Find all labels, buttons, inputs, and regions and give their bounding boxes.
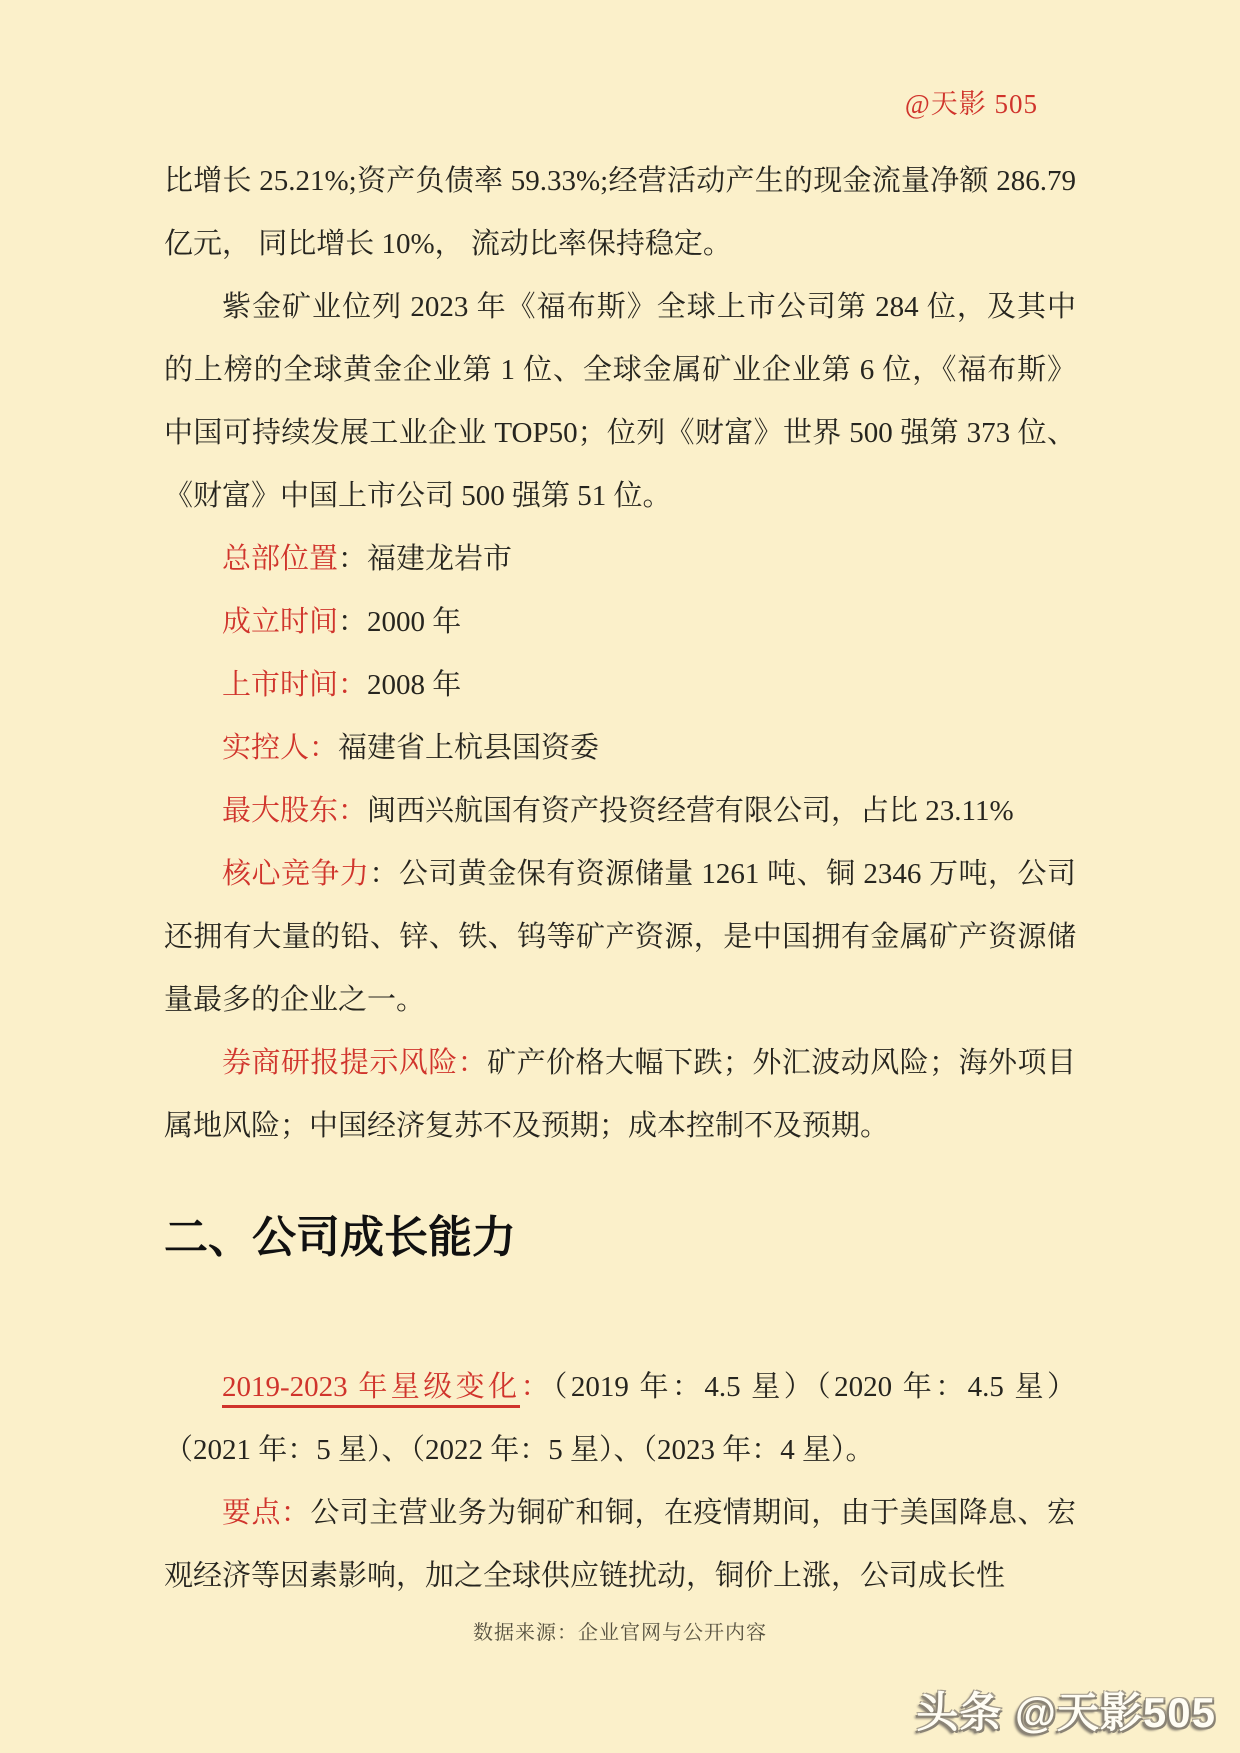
fact-row-largest-shareholder: 最大股东：闽西兴航国有资产投资经营有限公司，占比 23.11% [164, 780, 1076, 843]
paragraph-keypoint: 要点：公司主营业务为铜矿和铜，在疫情期间，由于美国降息、宏观经济等因素影响，加之… [164, 1482, 1076, 1608]
fact-row-controller: 实控人：福建省上杭县国资委 [164, 717, 1076, 780]
fact-row-broker-risks: 券商研报提示风险：矿产价格大幅下跌；外汇波动风险；海外项目属地风险；中国经济复苏… [164, 1032, 1076, 1158]
fact-row-core-competitiveness: 核心竞争力：公司黄金保有资源储量 1261 吨、铜 2346 万吨，公司还拥有大… [164, 843, 1076, 1032]
document-page: @天影 505 比增长 25.21%;资产负债率 59.33%;经营活动产生的现… [0, 0, 1240, 1753]
paragraph-star-rating: 2019-2023 年星级变化：（2019 年：4.5 星）（2020 年：4.… [164, 1356, 1076, 1482]
fact-value: ：2000 年 [338, 606, 461, 638]
fact-label: 核心竞争力 [222, 858, 369, 890]
section-heading-growth-ability: 二、公司成长能力 [164, 1198, 1076, 1278]
fact-value: 闽西兴航国有资产投资经营有限公司，占比 23.11% [367, 795, 1014, 827]
document-body: 比增长 25.21%;资产负债率 59.33%;经营活动产生的现金流量净额 28… [164, 150, 1076, 1608]
fact-value: 2008 年 [367, 669, 461, 701]
fact-label: 总部位置 [222, 543, 338, 575]
data-source-note: 数据来源：企业官网与公开内容 [0, 1616, 1240, 1645]
fact-label: 券商研报提示风险： [222, 1047, 487, 1079]
fact-value: ：福建龙岩市 [338, 543, 512, 575]
star-rating-label: 2019-2023 年星级变化 [222, 1371, 520, 1408]
author-watermark-top: @天影 505 [905, 82, 1038, 121]
fact-label: 实控人： [222, 732, 338, 764]
fact-row-founded: 成立时间：2000 年 [164, 591, 1076, 654]
fact-value: 福建省上杭县国资委 [338, 732, 599, 764]
fact-row-headquarters: 总部位置：福建龙岩市 [164, 528, 1076, 591]
fact-row-listed: 上市时间：2008 年 [164, 654, 1076, 717]
star-rating-colon: ： [520, 1371, 552, 1403]
fact-label: 上市时间： [222, 669, 367, 701]
paragraph-financials: 比增长 25.21%;资产负债率 59.33%;经营活动产生的现金流量净额 28… [164, 150, 1076, 276]
fact-label: 成立时间 [222, 606, 338, 638]
paragraph-rankings: 紫金矿业位列 2023 年《福布斯》全球上市公司第 284 位，及其中的上榜的全… [164, 276, 1076, 528]
toutiao-author-watermark: 头条 @天影505 [916, 1680, 1216, 1740]
keypoint-label: 要点： [222, 1497, 310, 1529]
fact-label: 最大股东： [222, 795, 367, 827]
